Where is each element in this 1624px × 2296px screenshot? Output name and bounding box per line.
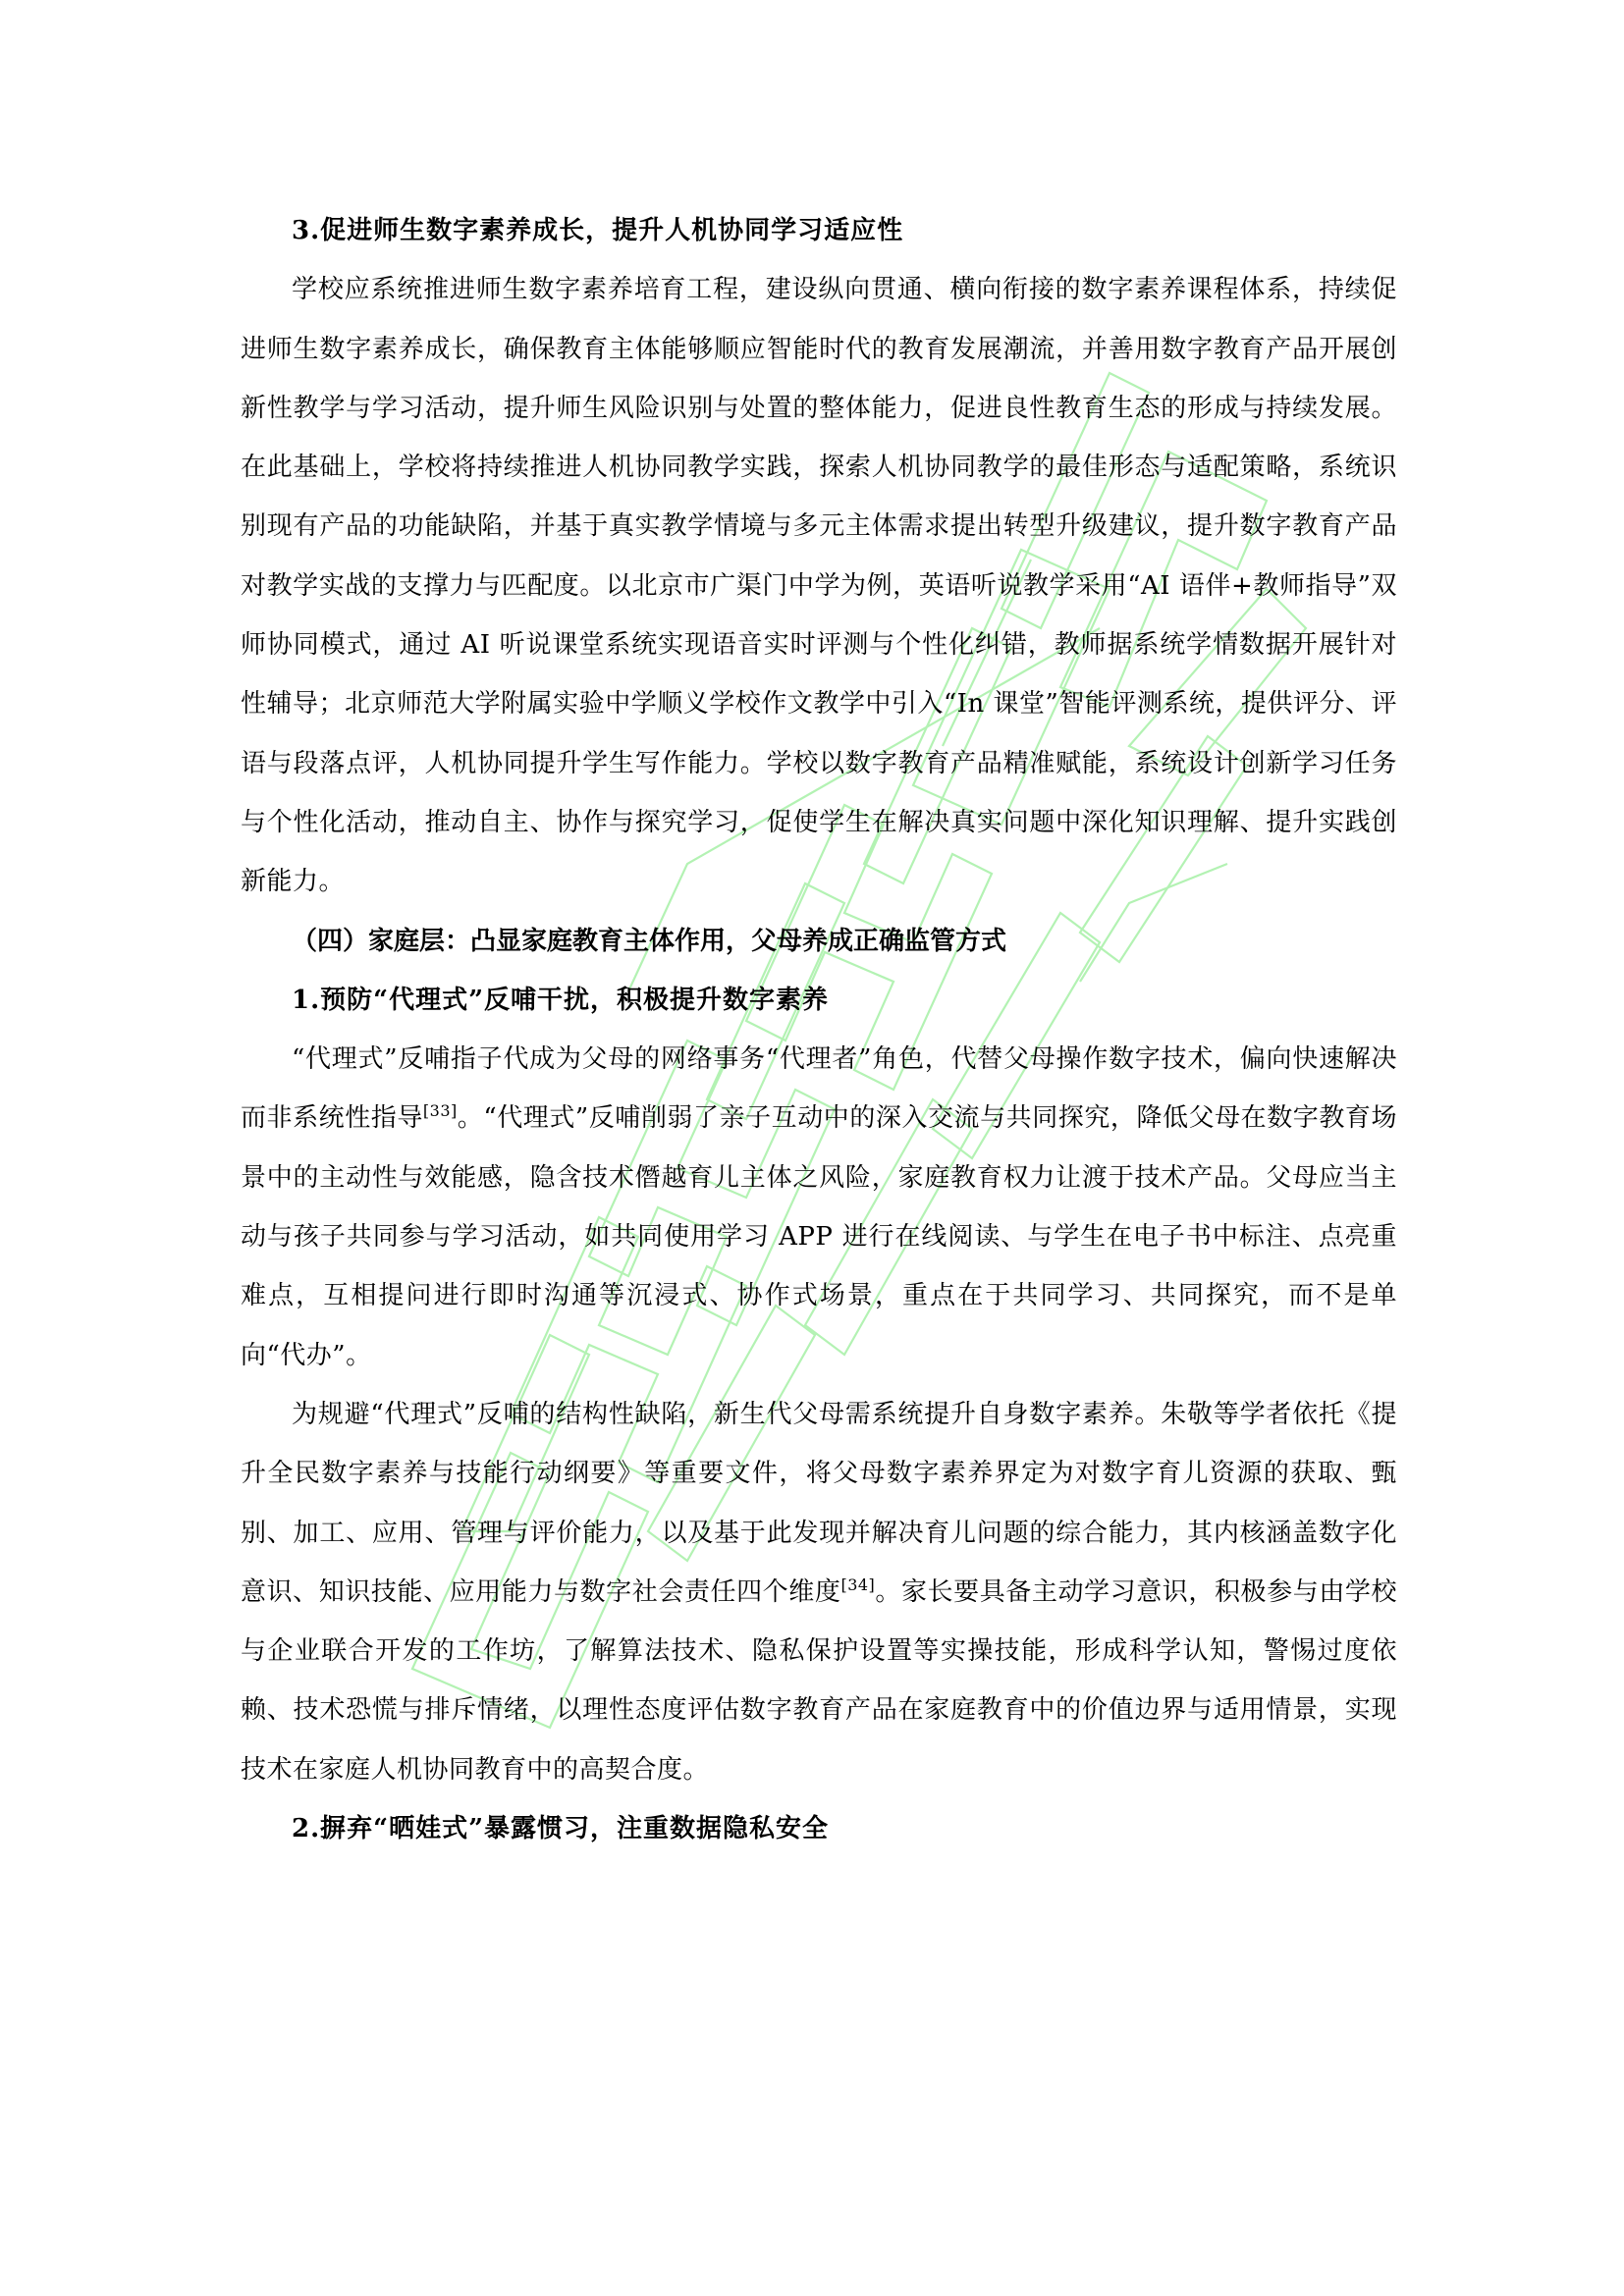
document-page: 3.促进师生数字素养成长，提升人机协同学习适应性 学校应系统推进师生数字素养培育…: [241, 201, 1397, 1858]
subheading-1-proxy-feedback: 1.预防“代理式”反哺干扰，积极提升数字素养: [241, 971, 1397, 1030]
paragraph-text: 。家长要具备主动学习意识，积极参与由学校与企业联合开发的工作坊，了解算法技术、隐…: [241, 1577, 1397, 1785]
section-heading-family-level: （四）家庭层：凸显家庭教育主体作用，父母养成正确监管方式: [241, 912, 1397, 971]
paragraph-school-digital-literacy: 学校应系统推进师生数字素养培育工程，建设纵向贯通、横向衔接的数字素养课程体系，持…: [241, 260, 1397, 911]
paragraph-text: 为规避“代理式”反哺的结构性缺陷，新生代父母需系统提升自身数字素养。朱敬等学者依…: [241, 1400, 1397, 1607]
paragraph-text: 。“代理式”反哺削弱了亲子互动中的深入交流与共同探究，降低父母在数字教育场景中的…: [241, 1103, 1397, 1369]
citation-33[interactable]: [33]: [423, 1101, 458, 1120]
paragraph-proxy-feedback: “代理式”反哺指子代成为父母的网络事务“代理者”角色，代替父母操作数字技术，偏向…: [241, 1030, 1397, 1385]
subheading-2-sharenting: 2.摒弃“晒娃式”暴露惯习，注重数据隐私安全: [241, 1799, 1397, 1858]
subheading-3-digital-literacy: 3.促进师生数字素养成长，提升人机协同学习适应性: [241, 201, 1397, 260]
citation-34[interactable]: [34]: [840, 1575, 875, 1594]
paragraph-parent-digital-literacy: 为规避“代理式”反哺的结构性缺陷，新生代父母需系统提升自身数字素养。朱敬等学者依…: [241, 1385, 1397, 1799]
